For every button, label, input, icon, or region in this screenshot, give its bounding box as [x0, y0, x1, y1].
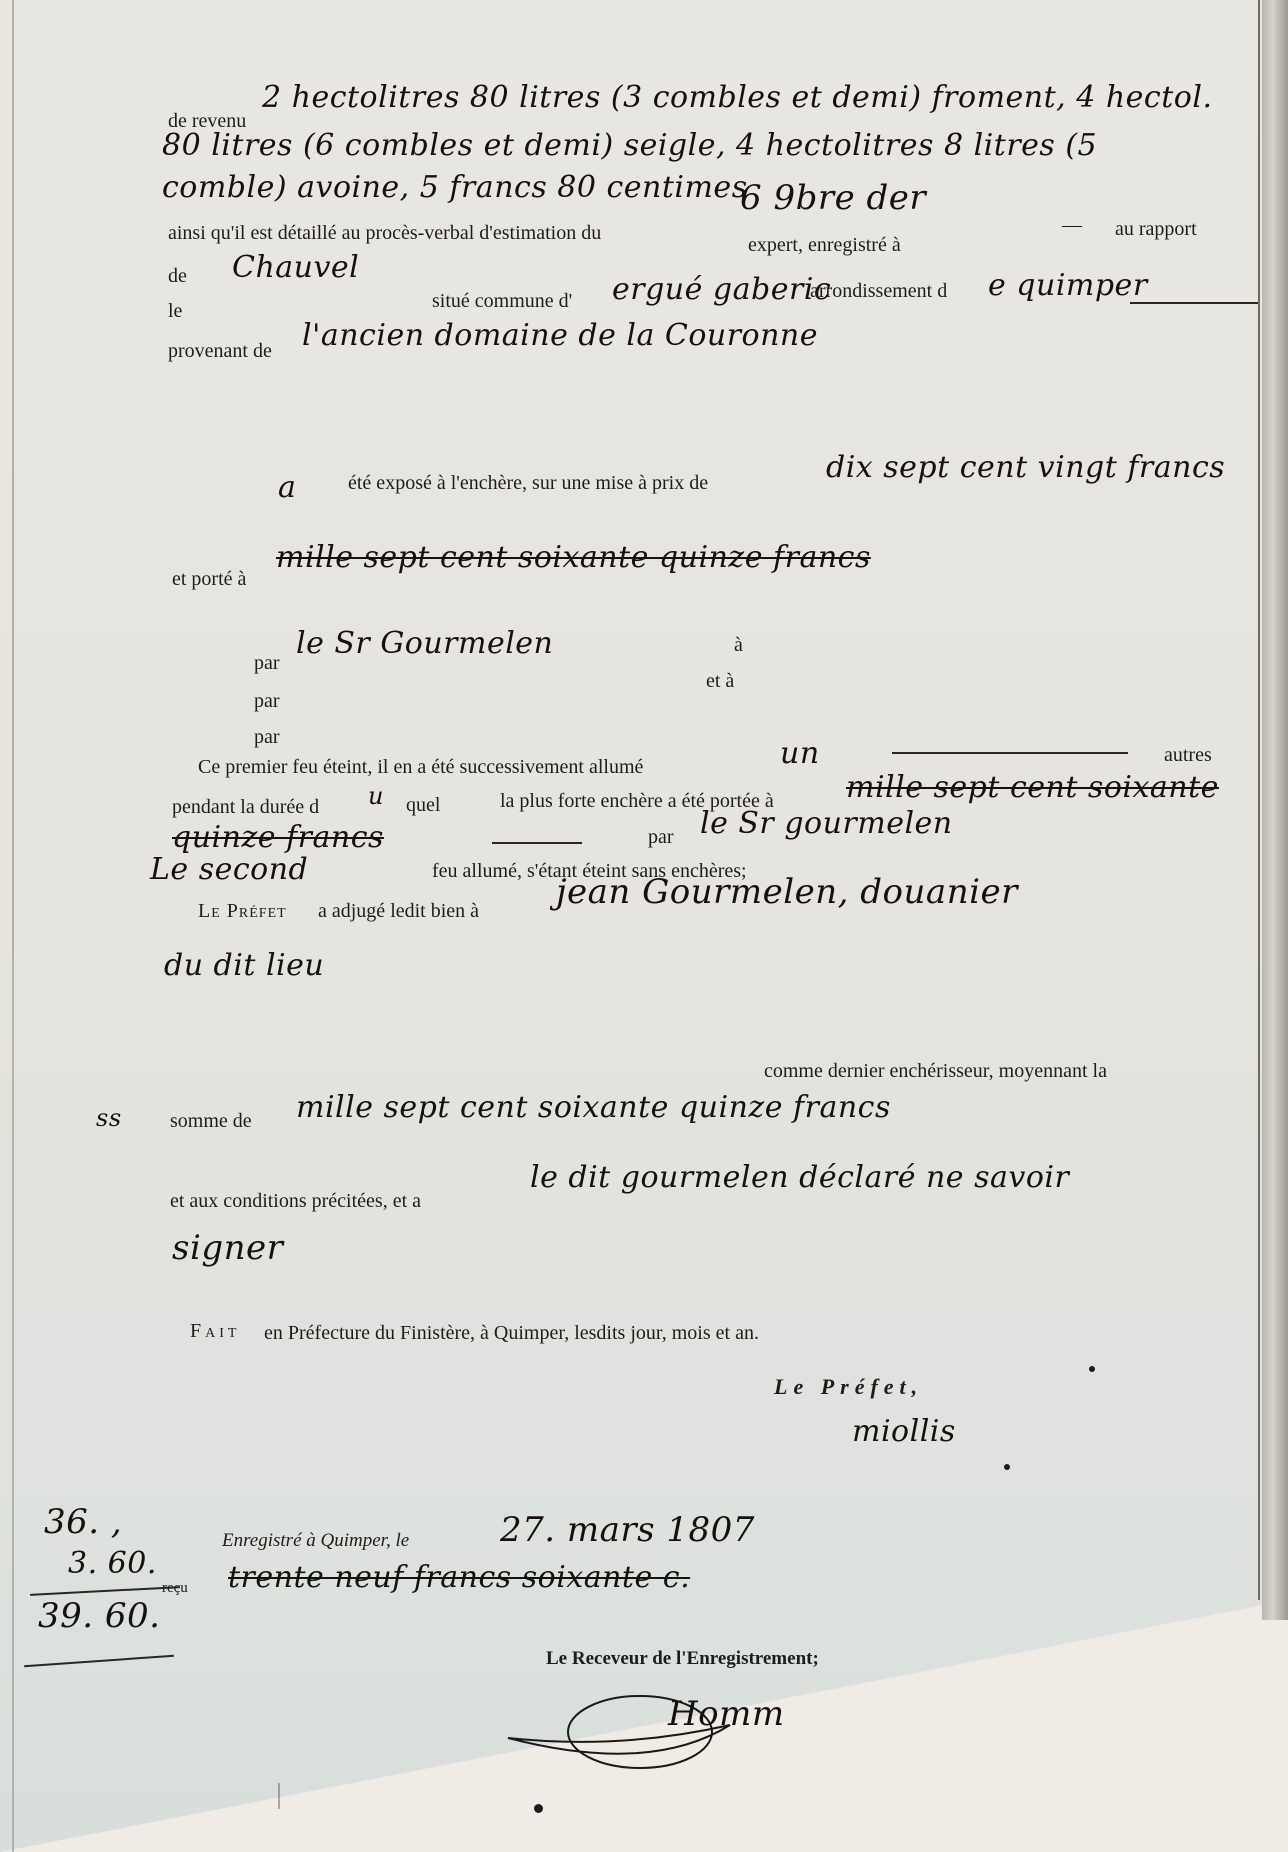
estimation-date: 6 9bre der	[740, 178, 926, 218]
situation-label: situé commune d'	[432, 290, 572, 313]
revenu-hand-3: comble) avoine, 5 francs 80 centimes	[162, 170, 748, 205]
et-a-label: et à	[706, 670, 734, 693]
prefet-title: Le Préfet,	[774, 1374, 923, 1400]
receveur-label: Le Receveur de l'Enregistrement;	[546, 1648, 819, 1670]
ink-dot	[1089, 1366, 1095, 1372]
par-label-1: par	[254, 652, 280, 675]
par-label-3: par	[254, 726, 280, 749]
revenu-hand-1: 2 hectolitres 80 litres (3 combles et de…	[262, 80, 1212, 115]
fait-text: en Préfecture du Finistère, à Quimper, l…	[264, 1322, 759, 1345]
arrondissement-label: arrondissement d	[810, 280, 947, 303]
adjudication-prefet: Le Préfet	[198, 900, 287, 923]
enregistre-date: 27. mars 1807	[500, 1510, 755, 1550]
fill-line	[1130, 302, 1258, 304]
par-label-4: par	[648, 826, 674, 849]
revenu-hand-2: 80 litres (6 combles et demi) seigle, 4 …	[162, 128, 1097, 163]
expert-label: expert, enregistré à	[748, 234, 901, 257]
provenance-hand: l'ancien domaine de la Couronne	[302, 318, 818, 353]
commune-name: ergué gaberic	[612, 272, 831, 307]
dernier-label: comme dernier enchérisseur, moyennant la	[764, 1060, 1107, 1083]
expert-de-label: de	[168, 265, 187, 288]
a-label-1: à	[734, 634, 743, 657]
receveur-signature: Homm	[668, 1694, 785, 1734]
margin-rule	[1258, 0, 1260, 1600]
mise-a-prix-amount: dix sept cent vingt francs	[826, 450, 1225, 485]
ink-dot	[534, 1804, 543, 1813]
par-label-2: par	[254, 690, 280, 713]
feux-count: un	[780, 736, 820, 771]
autres-label: autres	[1164, 744, 1212, 767]
prefet-signature: miollis	[852, 1414, 956, 1449]
margin-amount-3: 39. 60.	[38, 1596, 160, 1636]
expert-le-label: le	[168, 300, 182, 323]
estimation-label: ainsi qu'il est détaillé au procès-verba…	[168, 222, 601, 245]
provenance-label: provenant de	[168, 340, 272, 363]
second-feu-hand: Le second	[150, 852, 308, 887]
porte-amount: mille sept cent soixante quinze francs	[276, 540, 871, 575]
mise-prefix: a	[278, 470, 296, 505]
recu-label: reçu	[162, 1580, 188, 1597]
mise-a-prix-label: été exposé à l'enchère, sur une mise à p…	[348, 472, 708, 495]
estimation-dash: —	[1062, 214, 1082, 237]
expert-name: Chauvel	[232, 250, 359, 285]
rapport-label: au rapport	[1115, 218, 1197, 241]
enregistre-label: Enregistré à Quimper, le	[222, 1530, 409, 1552]
conditions-hand: le dit gourmelen déclaré ne savoir	[530, 1160, 1069, 1195]
plus-forte-bidder: le Sr gourmelen	[700, 806, 953, 841]
conditions-label: et aux conditions précitées, et a	[170, 1190, 421, 1213]
plus-forte-amount: mille sept cent soixante	[846, 770, 1219, 805]
duree-label: pendant la durée d	[172, 796, 319, 819]
plus-forte-cont: quinze francs	[172, 820, 384, 855]
adjudicataire-lieu: du dit lieu	[164, 948, 324, 983]
faint-stamp	[168, 1783, 280, 1809]
ink-dot	[1004, 1464, 1010, 1470]
fill-line	[892, 752, 1128, 754]
somme-amount: mille sept cent soixante quinze francs	[296, 1090, 891, 1125]
somme-label: somme de	[170, 1110, 252, 1133]
adjudicataire: jean Gourmelen, douanier	[556, 872, 1018, 912]
adjudication-label: a adjugé ledit bien à	[318, 900, 479, 923]
page-edge	[1262, 0, 1288, 1620]
margin-mark: ss	[96, 1104, 122, 1132]
fait-label: Fait	[190, 1320, 240, 1343]
feux-label: Ce premier feu éteint, il en a été succe…	[198, 756, 643, 779]
duree-hand: u	[368, 782, 384, 810]
quel-label: quel	[406, 794, 440, 817]
binding-edge	[12, 0, 14, 1852]
fill-line	[492, 842, 582, 844]
arrondissement-name: e quimper	[988, 268, 1148, 303]
porte-label: et porté à	[172, 568, 246, 591]
margin-amount-2: 3. 60.	[68, 1546, 157, 1581]
encherisseur-1: le Sr Gourmelen	[296, 626, 553, 661]
signer-hand: signer	[172, 1228, 283, 1268]
recu-amount: trente neuf francs soixante c.	[228, 1560, 690, 1595]
margin-amount-1: 36. ,	[44, 1502, 122, 1542]
